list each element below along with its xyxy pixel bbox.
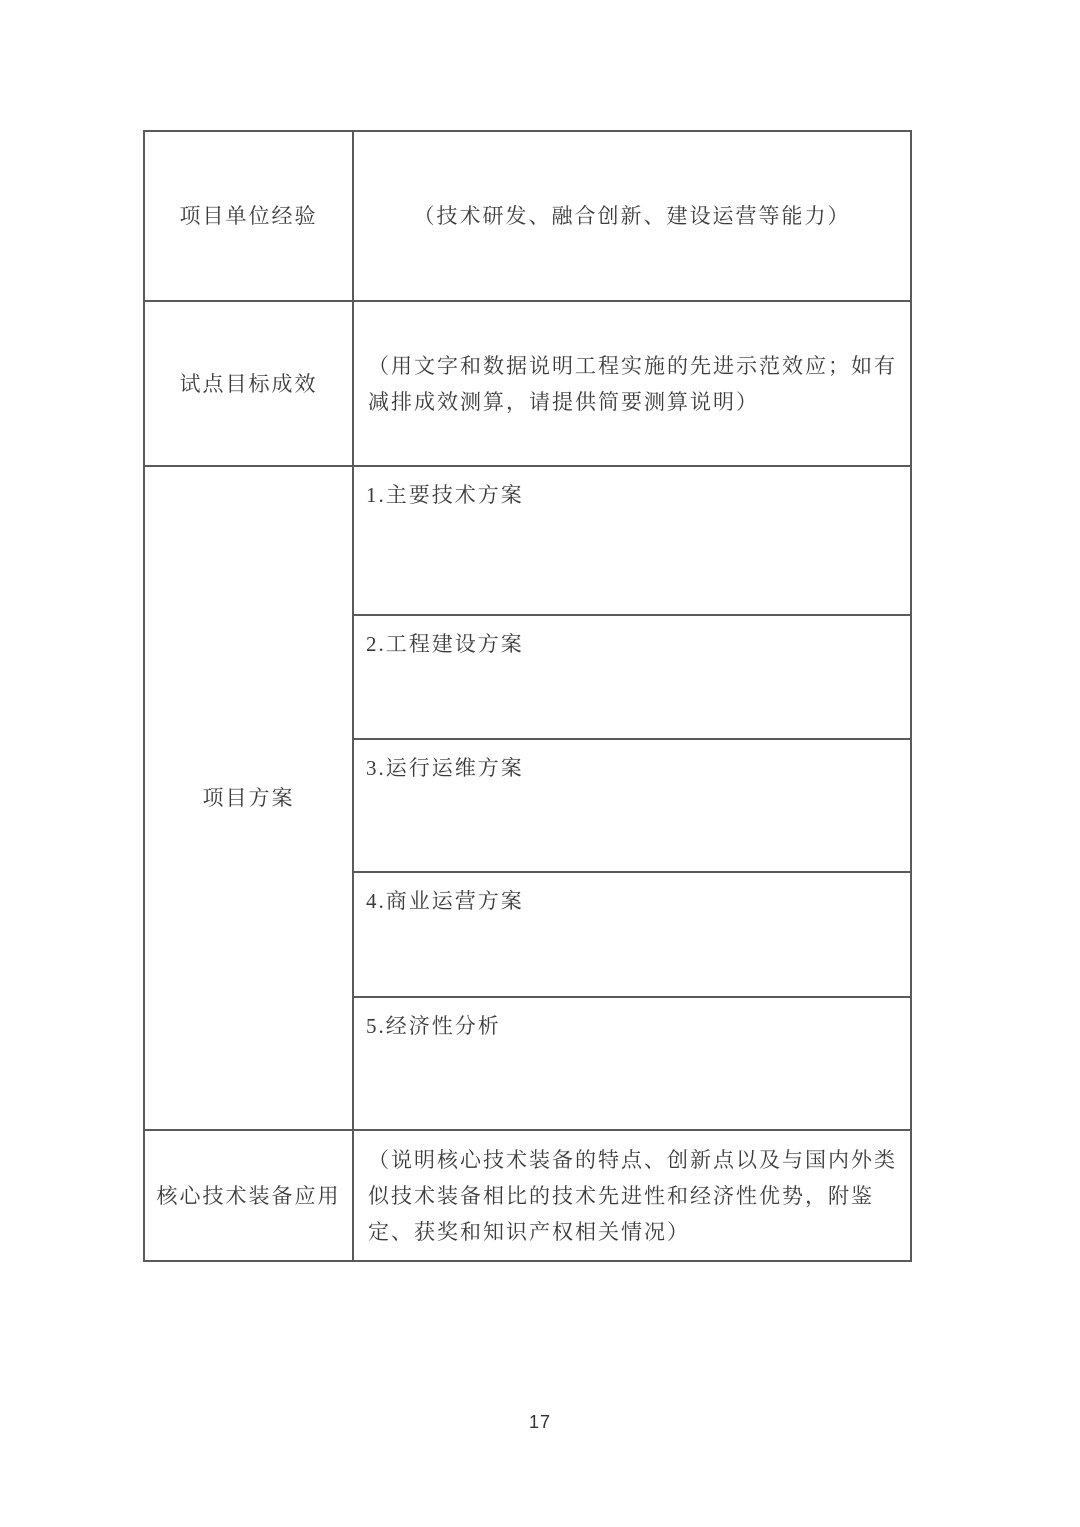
cell-plan-operation-maintenance: 3.运行运维方案 — [354, 740, 910, 873]
plan-item-text: 5.经济性分析 — [366, 1014, 501, 1038]
row-label-text: 项目单位经验 — [180, 198, 318, 234]
plan-item-text: 4.商业运营方案 — [366, 889, 524, 913]
row-label-text: 试点目标成效 — [180, 366, 318, 402]
row-label-project-unit-experience: 项目单位经验 — [145, 132, 354, 302]
row-label-pilot-target-results: 试点目标成效 — [145, 302, 354, 467]
plan-item-text: 1.主要技术方案 — [366, 483, 524, 507]
cell-hint-text: （用文字和数据说明工程实施的先进示范效应；如有减排成效测算，请提供简要测算说明） — [368, 348, 900, 420]
plan-item-text: 2.工程建设方案 — [366, 632, 524, 656]
page-number: 17 — [0, 1412, 1080, 1433]
row-label-project-plan: 项目方案 — [145, 467, 354, 1131]
cell-pilot-target-results-content: （用文字和数据说明工程实施的先进示范效应；如有减排成效测算，请提供简要测算说明） — [354, 302, 910, 467]
plan-item-text: 3.运行运维方案 — [366, 756, 524, 780]
cell-plan-main-technical: 1.主要技术方案 — [354, 467, 910, 616]
cell-plan-economic-analysis: 5.经济性分析 — [354, 998, 910, 1131]
application-form-table: 项目单位经验 （技术研发、融合创新、建设运营等能力） 试点目标成效 （用文字和数… — [143, 130, 912, 1262]
cell-plan-commercial-operation: 4.商业运营方案 — [354, 873, 910, 998]
document-page: 项目单位经验 （技术研发、融合创新、建设运营等能力） 试点目标成效 （用文字和数… — [0, 0, 1080, 1527]
row-label-text: 核心技术装备应用 — [157, 1178, 341, 1214]
cell-plan-engineering-construction: 2.工程建设方案 — [354, 616, 910, 740]
cell-hint-text: （说明核心技术装备的特点、创新点以及与国内外类似技术装备相比的技术先进性和经济性… — [368, 1142, 900, 1250]
cell-hint-text: （技术研发、融合创新、建设运营等能力） — [414, 198, 851, 234]
row-label-core-technology-equipment: 核心技术装备应用 — [145, 1131, 354, 1260]
cell-project-unit-experience-content: （技术研发、融合创新、建设运营等能力） — [354, 132, 910, 302]
cell-core-technology-equipment-content: （说明核心技术装备的特点、创新点以及与国内外类似技术装备相比的技术先进性和经济性… — [354, 1131, 910, 1260]
row-label-text: 项目方案 — [203, 780, 295, 816]
